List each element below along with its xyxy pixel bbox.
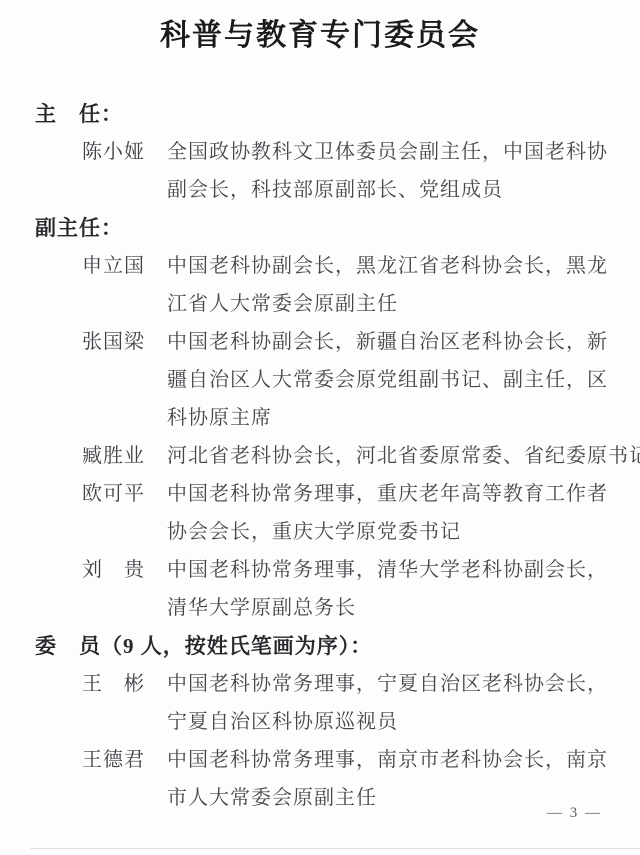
page-number: — 3 —: [547, 805, 602, 822]
member-name: 陈小娅: [82, 133, 167, 171]
member-name: 王德君: [82, 741, 167, 779]
section-heading: 主 任：: [35, 95, 608, 133]
member-name: 欧可平: [82, 475, 167, 513]
member-description: 中国老科协副会长，黑龙江省老科协会长，黑龙江省人大常委会原副主任: [167, 247, 608, 323]
document-body: 主 任：陈小娅全国政协教科文卫体委员会副主任，中国老科协副会长，科技部原副部长、…: [35, 95, 608, 817]
member-row: 王 彬中国老科协常务理事，宁夏自治区老科协会长，宁夏自治区科协原巡视员: [35, 665, 608, 741]
document-title: 科普与教育专门委员会: [0, 0, 640, 57]
member-description-line: 中国老科协常务理事，南京市老科协会长，南京: [167, 741, 608, 779]
member-row: 张国梁中国老科协副会长，新疆自治区老科协会长，新疆自治区人大常委会原党组副书记、…: [35, 323, 608, 437]
member-name: 王 彬: [82, 665, 167, 703]
member-description-line: 市人大常委会原副主任: [167, 779, 608, 817]
member-description-line: 科协原主席: [167, 399, 608, 437]
member-description-line: 清华大学原副总务长: [167, 589, 608, 627]
member-description: 中国老科协副会长，新疆自治区老科协会长，新疆自治区人大常委会原党组副书记、副主任…: [167, 323, 608, 437]
member-description-line: 中国老科协副会长，新疆自治区老科协会长，新: [167, 323, 608, 361]
member-description-line: 河北省老科协会长，河北省委原常委、省纪委原书记: [167, 437, 608, 475]
member-row: 刘 贵中国老科协常务理事，清华大学老科协副会长，清华大学原副总务长: [35, 551, 608, 627]
document-page: 科普与教育专门委员会 主 任：陈小娅全国政协教科文卫体委员会副主任，中国老科协副…: [0, 0, 640, 855]
member-name: 刘 贵: [82, 551, 167, 589]
section-heading: 委 员（9 人，按姓氏笔画为序）：: [35, 627, 608, 665]
member-description: 河北省老科协会长，河北省委原常委、省纪委原书记: [167, 437, 608, 475]
member-description-line: 宁夏自治区科协原巡视员: [167, 703, 608, 741]
member-description: 中国老科协常务理事，南京市老科协会长，南京市人大常委会原副主任: [167, 741, 608, 817]
member-name: 臧胜业: [82, 437, 167, 475]
member-description: 中国老科协常务理事，清华大学老科协副会长，清华大学原副总务长: [167, 551, 608, 627]
member-description: 中国老科协常务理事，重庆老年高等教育工作者协会会长，重庆大学原党委书记: [167, 475, 608, 551]
member-name: 张国梁: [82, 323, 167, 361]
section-heading: 副主任：: [35, 209, 608, 247]
member-row: 陈小娅全国政协教科文卫体委员会副主任，中国老科协副会长，科技部原副部长、党组成员: [35, 133, 608, 209]
member-description-line: 中国老科协常务理事，宁夏自治区老科协会长，: [167, 665, 608, 703]
member-description-line: 疆自治区人大常委会原党组副书记、副主任，区: [167, 361, 608, 399]
member-description-line: 副会长，科技部原副部长、党组成员: [167, 171, 608, 209]
member-description-line: 协会会长，重庆大学原党委书记: [167, 513, 608, 551]
member-description-line: 全国政协教科文卫体委员会副主任，中国老科协: [167, 133, 608, 171]
member-description: 全国政协教科文卫体委员会副主任，中国老科协副会长，科技部原副部长、党组成员: [167, 133, 608, 209]
member-name: 申立国: [82, 247, 167, 285]
member-description-line: 中国老科协常务理事，清华大学老科协副会长，: [167, 551, 608, 589]
member-row: 申立国中国老科协副会长，黑龙江省老科协会长，黑龙江省人大常委会原副主任: [35, 247, 608, 323]
member-description: 中国老科协常务理事，宁夏自治区老科协会长，宁夏自治区科协原巡视员: [167, 665, 608, 741]
scan-edge-line: [30, 848, 640, 849]
member-description-line: 中国老科协常务理事，重庆老年高等教育工作者: [167, 475, 608, 513]
member-description-line: 江省人大常委会原副主任: [167, 285, 608, 323]
member-description-line: 中国老科协副会长，黑龙江省老科协会长，黑龙: [167, 247, 608, 285]
member-row: 王德君中国老科协常务理事，南京市老科协会长，南京市人大常委会原副主任: [35, 741, 608, 817]
member-row: 臧胜业河北省老科协会长，河北省委原常委、省纪委原书记: [35, 437, 608, 475]
member-row: 欧可平中国老科协常务理事，重庆老年高等教育工作者协会会长，重庆大学原党委书记: [35, 475, 608, 551]
